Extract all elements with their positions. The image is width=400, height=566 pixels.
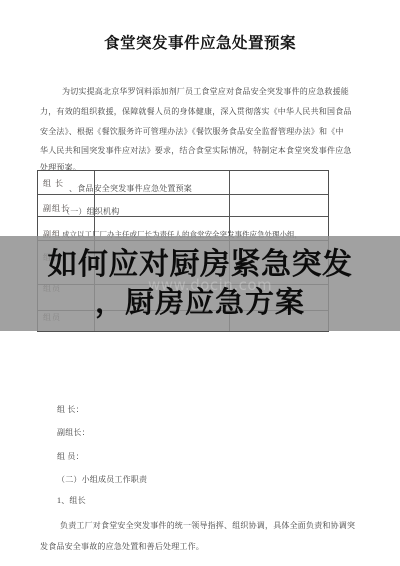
intro-line-2: 力，有效的组织救援，保障就餐人员的身体健康，深入贯彻落实《中华人民共和国食品	[40, 106, 352, 117]
headline-banner: www.docin.com 如何应对厨房紧急突发 ，厨房应急方案	[0, 236, 400, 331]
duty-line-1: 负责工厂对食堂安全突发事件的统一领导指挥、组织协调，具体全面负责和协调突	[60, 520, 355, 531]
table-overlap-text-1: 、食品安全突发事件应急处置预案	[69, 183, 192, 194]
document-page: 食堂突发事件应急处置预案 为切实提高北京华罗饲料添加剂厂员工食堂应对食品安全突发…	[0, 0, 400, 566]
duty-line-2: 发食品安全事故的应急处置和善后处理工作。	[40, 541, 204, 552]
roster-line-vice-leader: 副组长：	[57, 427, 90, 438]
roster-line-members: 组 员：	[57, 451, 84, 462]
headline-line-2: ，厨房应急方案	[0, 280, 400, 321]
intro-line-3: 安全法》、根据《餐饮服务许可管理办法》《餐饮服务食品安全监督管理办法》和《中	[40, 126, 344, 137]
intro-line-1: 为切实提高北京华罗饲料添加剂厂员工食堂应对食品安全突发事件的应急救援能	[62, 86, 349, 97]
roster-line-leader: 组 长：	[57, 404, 84, 415]
subsection-leader: 1、组长	[57, 495, 86, 506]
section-heading-duties: （二）小组成员工作职责	[57, 474, 147, 485]
table-row-label-1: 组 长	[43, 178, 64, 189]
table-grid-line	[38, 194, 328, 195]
page-title: 食堂突发事件应急处置预案	[0, 31, 400, 53]
headline-line-1: 如何应对厨房紧急突发	[0, 239, 400, 283]
intro-line-4: 华人民共和国突发事件应对法》要求，结合食堂实际情况，特制定本食堂突发事件应急	[40, 145, 352, 156]
table-overlap-text-2: （一）组织机构	[62, 206, 119, 217]
